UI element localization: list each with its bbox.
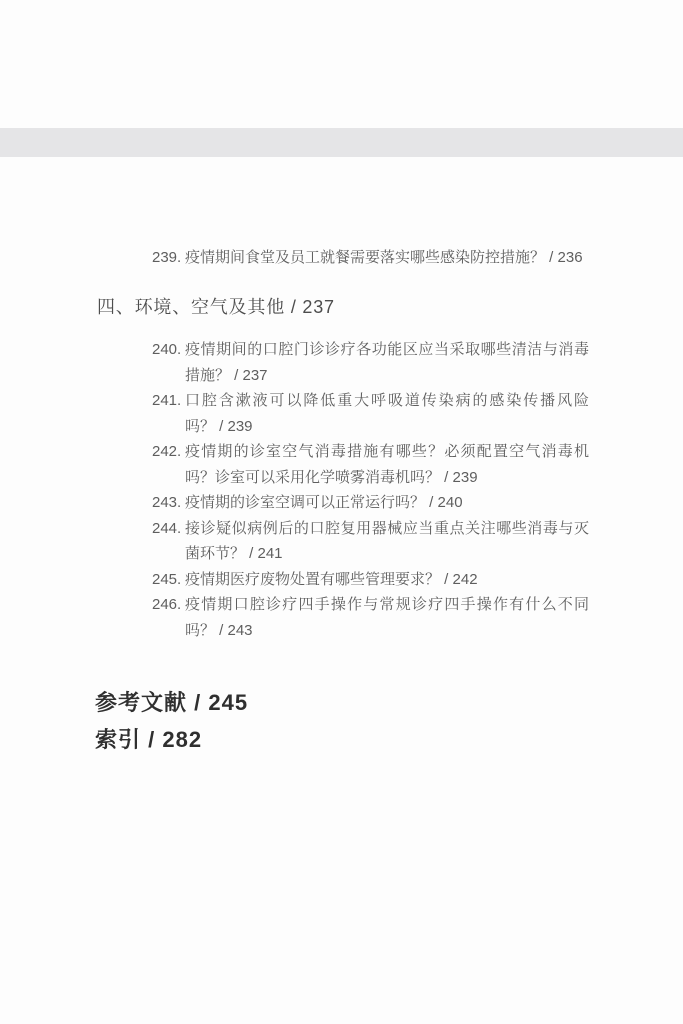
toc-entry-line: 疫情期间的口腔门诊诊疗各功能区应当采取哪些清洁与消毒 [185,337,589,363]
toc-entry-number: 239. [152,245,185,271]
toc-entry: 241.口腔含漱液可以降低重大呼吸道传染病的感染传播风险吗？ / 239 [152,388,589,439]
toc-entry-number: 244. [152,516,185,567]
toc-entry-text: 疫情期的诊室空气消毒措施有哪些？必须配置空气消毒机吗？诊室可以采用化学喷雾消毒机… [185,439,589,490]
toc-entry-line: 吗？ / 243 [185,618,589,644]
toc-entry-line: 疫情期医疗废物处置有哪些管理要求？ / 242 [185,567,589,593]
page-top-band-divider [0,128,683,157]
toc-list-previous-section: 239.疫情期间食堂及员工就餐需要落实哪些感染防控措施？ / 236 [152,245,589,271]
toc-entry: 239.疫情期间食堂及员工就餐需要落实哪些感染防控措施？ / 236 [152,245,589,271]
toc-entry: 245.疫情期医疗废物处置有哪些管理要求？ / 242 [152,567,589,593]
toc-entry-number: 245. [152,567,185,593]
toc-entry-line: 菌环节？ / 241 [185,541,589,567]
toc-list-section-four: 240.疫情期间的口腔门诊诊疗各功能区应当采取哪些清洁与消毒措施？ / 2372… [152,337,589,643]
backmatter-entry-references: 参考文献 / 245 [95,692,248,714]
toc-entry-line: 疫情期的诊室空调可以正常运行吗？ / 240 [185,490,589,516]
toc-entry-text: 疫情期口腔诊疗四手操作与常规诊疗四手操作有什么不同吗？ / 243 [185,592,589,643]
backmatter-label: 参考文献 [95,690,187,715]
backmatter: 参考文献 / 245 索引 / 282 [95,692,248,766]
toc-entry-number: 240. [152,337,185,388]
toc-page: 239.疫情期间食堂及员工就餐需要落实哪些感染防控措施？ / 236 四、环境、… [0,0,683,1024]
toc-entry: 243.疫情期的诊室空调可以正常运行吗？ / 240 [152,490,589,516]
toc-entry-text: 接诊疑似病例后的口腔复用器械应当重点关注哪些消毒与灭菌环节？ / 241 [185,516,589,567]
toc-entry-number: 246. [152,592,185,643]
toc-entry-line: 疫情期口腔诊疗四手操作与常规诊疗四手操作有什么不同 [185,592,589,618]
toc-entry-number: 243. [152,490,185,516]
toc-entry-text: 口腔含漱液可以降低重大呼吸道传染病的感染传播风险吗？ / 239 [185,388,589,439]
toc-entry: 240.疫情期间的口腔门诊诊疗各功能区应当采取哪些清洁与消毒措施？ / 237 [152,337,589,388]
section-title: 四、环境、空气及其他 [97,297,285,317]
toc-entry-text: 疫情期间的口腔门诊诊疗各功能区应当采取哪些清洁与消毒措施？ / 237 [185,337,589,388]
backmatter-page-number: / 245 [194,690,248,715]
toc-entry: 244.接诊疑似病例后的口腔复用器械应当重点关注哪些消毒与灭菌环节？ / 241 [152,516,589,567]
backmatter-label: 索引 [95,727,141,752]
toc-entry-line: 措施？ / 237 [185,363,589,389]
toc-entry-line: 疫情期的诊室空气消毒措施有哪些？必须配置空气消毒机 [185,439,589,465]
toc-entry-text: 疫情期医疗废物处置有哪些管理要求？ / 242 [185,567,589,593]
backmatter-entry-index: 索引 / 282 [95,729,248,751]
toc-entry-line: 疫情期间食堂及员工就餐需要落实哪些感染防控措施？ / 236 [185,245,589,271]
toc-entry-number: 241. [152,388,185,439]
toc-entry: 246.疫情期口腔诊疗四手操作与常规诊疗四手操作有什么不同吗？ / 243 [152,592,589,643]
toc-entry: 242.疫情期的诊室空气消毒措施有哪些？必须配置空气消毒机吗？诊室可以采用化学喷… [152,439,589,490]
section-heading: 四、环境、空气及其他 / 237 [97,294,335,320]
toc-entry-line: 吗？ / 239 [185,414,589,440]
toc-entry-number: 242. [152,439,185,490]
toc-entry-line: 接诊疑似病例后的口腔复用器械应当重点关注哪些消毒与灭 [185,516,589,542]
backmatter-page-number: / 282 [148,727,202,752]
section-page-number: / 237 [291,297,335,317]
toc-entry-line: 吗？诊室可以采用化学喷雾消毒机吗？ / 239 [185,465,589,491]
toc-entry-text: 疫情期间食堂及员工就餐需要落实哪些感染防控措施？ / 236 [185,245,589,271]
toc-entry-text: 疫情期的诊室空调可以正常运行吗？ / 240 [185,490,589,516]
toc-entry-line: 口腔含漱液可以降低重大呼吸道传染病的感染传播风险 [185,388,589,414]
